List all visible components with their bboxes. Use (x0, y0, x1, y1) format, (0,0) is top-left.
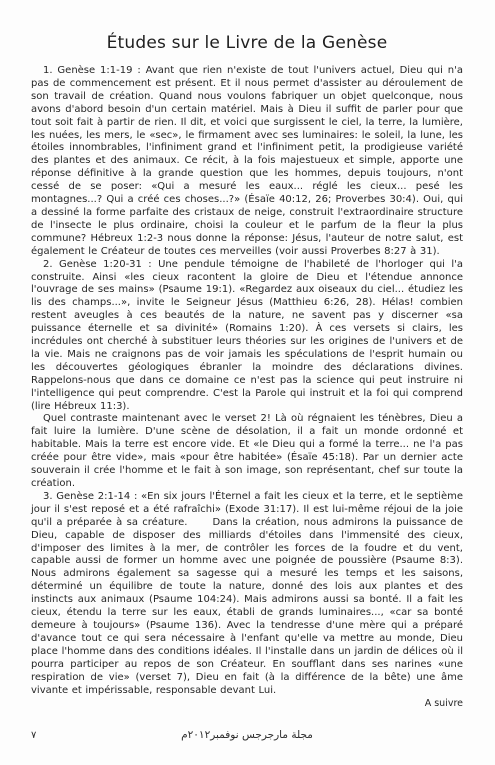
paragraph-genese-1-1-19: 1. Genèse 1:1-19 : Avant que rien n'exis… (31, 65, 463, 259)
to-be-continued-note: A suivre (31, 698, 463, 710)
page-number: ٧ (31, 730, 36, 741)
paragraph-genese-1-20-31: 2. Genèse 1:20-31 : Une pendule témoigne… (31, 259, 463, 414)
journal-title: مجلة مارجرجس نوفمبر٢٠١٢م (181, 729, 313, 741)
page-title: Études sur le Livre de la Genèse (31, 32, 463, 54)
paragraph-genese-2-1-14: 3. Genèse 2:1-14 : «En six jours l'Étern… (31, 491, 463, 698)
document-page: Études sur le Livre de la Genèse 1. Genè… (0, 0, 495, 765)
page-footer: ٧ مجلة مارجرجس نوفمبر٢٠١٢م (31, 729, 463, 741)
paragraph-contraste-verset-2: Quel contraste maintenant avec le verset… (31, 413, 463, 490)
